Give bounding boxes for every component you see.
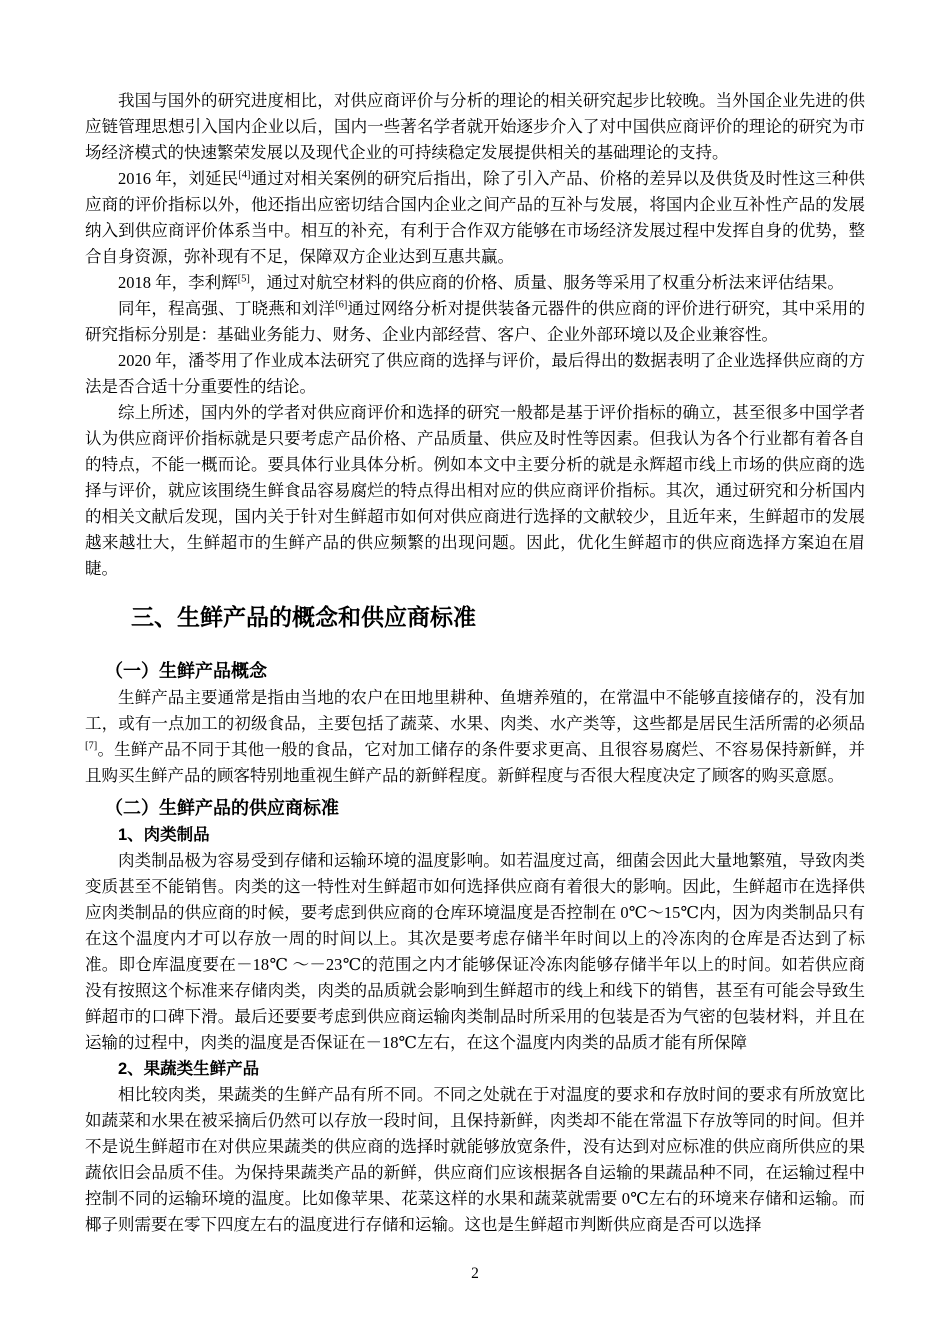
paragraph-text: 同年，程高强、丁晓燕和刘洋 xyxy=(118,299,335,318)
citation-ref-6: [6] xyxy=(335,300,347,311)
subsection-heading-1: （一）生鲜产品概念 xyxy=(85,658,865,685)
section-heading-3: 三、生鲜产品的概念和供应商标准 xyxy=(85,602,865,633)
citation-ref-4: [4] xyxy=(238,170,250,181)
paragraph-fresh-concept: 生鲜产品主要通常是指由当地的农户在田地里耕种、鱼塘养殖的，在常温中不能够直接储存… xyxy=(85,685,865,789)
subsection-heading-2: （二）生鲜产品的供应商标准 xyxy=(85,795,865,822)
paragraph-intro: 我国与国外的研究进度相比，对供应商评价与分析的理论的相关研究起步比较晚。当外国企… xyxy=(85,88,865,166)
paragraph-text: ，通过对航空材料的供应商的价格、质量、服务等采用了权重分析法来评估结果。 xyxy=(250,273,844,292)
citation-ref-5: [5] xyxy=(238,274,250,285)
paragraph-2020: 2020 年，潘苓用了作业成本法研究了供应商的选择与评价，最后得出的数据表明了企… xyxy=(85,348,865,400)
citation-ref-7: [7] xyxy=(85,741,97,752)
item-heading-fruit-veg: 2、果蔬类生鲜产品 xyxy=(85,1056,865,1082)
paragraph-2018: 2018 年，李利辉[5]，通过对航空材料的供应商的价格、质量、服务等采用了权重… xyxy=(85,270,865,296)
paragraph-text: 2016 年，刘延民 xyxy=(118,169,238,188)
paragraph-summary: 综上所述，国内外的学者对供应商评价和选择的研究一般都是基于评价指标的确立，甚至很… xyxy=(85,400,865,582)
document-page: 我国与国外的研究进度相比，对供应商评价与分析的理论的相关研究起步比较晚。当外国企… xyxy=(0,0,950,1344)
page-number: 2 xyxy=(0,1264,950,1284)
paragraph-text: 生鲜产品主要通常是指由当地的农户在田地里耕种、鱼塘养殖的，在常温中不能够直接储存… xyxy=(85,688,865,733)
paragraph-same-year: 同年，程高强、丁晓燕和刘洋[6]通过网络分析对提供装备元器件的供应商的评价进行研… xyxy=(85,296,865,348)
paragraph-2016: 2016 年，刘延民[4]通过对相关案例的研究后指出，除了引入产品、价格的差异以… xyxy=(85,166,865,270)
paragraph-text: 2018 年，李利辉 xyxy=(118,273,238,292)
item-heading-meat: 1、肉类制品 xyxy=(85,822,865,848)
paragraph-fruit-veg: 相比较肉类，果蔬类的生鲜产品有所不同。不同之处就在于对温度的要求和存放时间的要求… xyxy=(85,1082,865,1238)
paragraph-meat: 肉类制品极为容易受到存储和运输环境的温度影响。如若温度过高，细菌会因此大量地繁殖… xyxy=(85,848,865,1056)
paragraph-text: 。生鲜产品不同于其他一般的食品，它对加工储存的条件要求更高、且很容易腐烂、不容易… xyxy=(85,740,865,785)
